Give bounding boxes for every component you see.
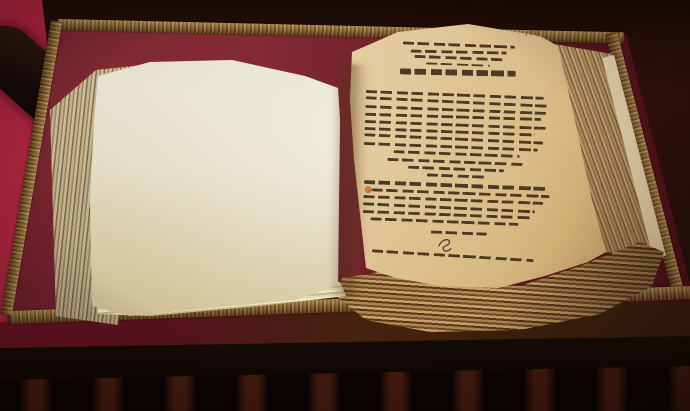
handwriting-line [411,49,507,54]
handwriting-line [414,55,502,61]
handwriting-line [426,62,490,67]
photo-open-manuscript-book: 171 [0,0,690,411]
handwriting-paragraph-2 [362,180,551,227]
handwriting-line [394,150,520,158]
pen-flourish-icon [435,236,454,253]
orange-initial-mark [365,186,372,193]
handwriting-line [408,166,504,173]
folio-number: 171 [524,30,541,39]
handwriting-line [365,113,541,121]
handwriting-line [387,157,525,165]
handwriting-paragraph-1 [363,90,552,181]
